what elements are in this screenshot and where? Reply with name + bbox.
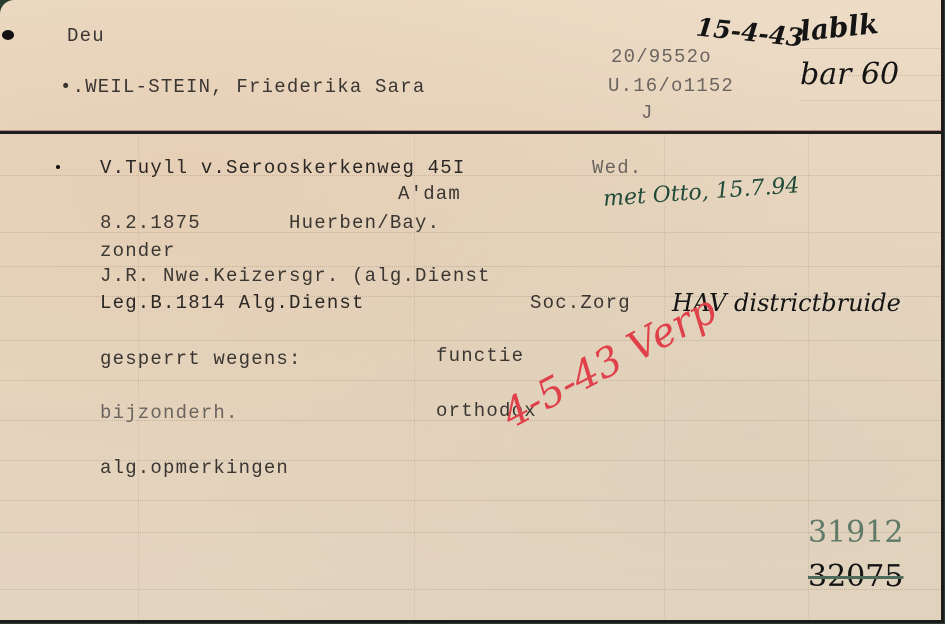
index-card: Deu •.WEIL-STEIN, Friederika Sara 20/955… [0,0,944,623]
handwritten-note-2: bar 60 [800,60,899,90]
nationality: Deu [67,27,105,46]
punch-hole-mark [2,30,14,40]
guide-line [0,340,941,341]
guide-line [0,532,941,533]
address-line: V.Tuyll v.Serooskerkenweg 45I [100,159,465,178]
city: A'dam [398,185,461,204]
marital-status: Wed. [592,159,642,178]
guide-column [664,135,665,620]
header-divider [0,131,941,134]
birth-date: 8.2.1875 [100,214,201,233]
file-number-2: U.16/o1152 [608,77,734,96]
handwritten-note-1: lablk [799,10,880,46]
community-line: J.R. Nwe.Keizersgr. (alg.Dienst [100,267,491,286]
guide-line [0,380,941,381]
person-name: •.WEIL-STEIN, Friederika Sara [60,78,425,97]
guide-line [800,48,941,49]
soc-zorg: Soc.Zorg [530,294,631,313]
field-label-remarks: alg.opmerkingen [100,459,289,478]
guide-line [0,589,941,590]
file-number-1: 20/9552o [611,48,712,67]
birth-place: Huerben/Bay. [289,214,440,233]
guide-column [138,135,139,620]
guide-line [800,100,941,101]
number-struck: 32075 [808,562,903,592]
field-label-blocked: gesperrt wegens: [100,350,302,369]
occupation: zonder [100,242,176,261]
field-value-blocked: functie [436,347,524,366]
field-label-particulars: bijzonderh. [100,404,239,423]
handwritten-with: met Otto, 15.7.94 [602,175,800,211]
guide-line [0,500,941,501]
leg-line: Leg.B.1814 Alg.Dienst [100,294,365,313]
number-current: 31912 [808,518,903,548]
category-letter: J [641,104,654,123]
guide-column [414,135,415,620]
ink-spot [56,165,60,169]
